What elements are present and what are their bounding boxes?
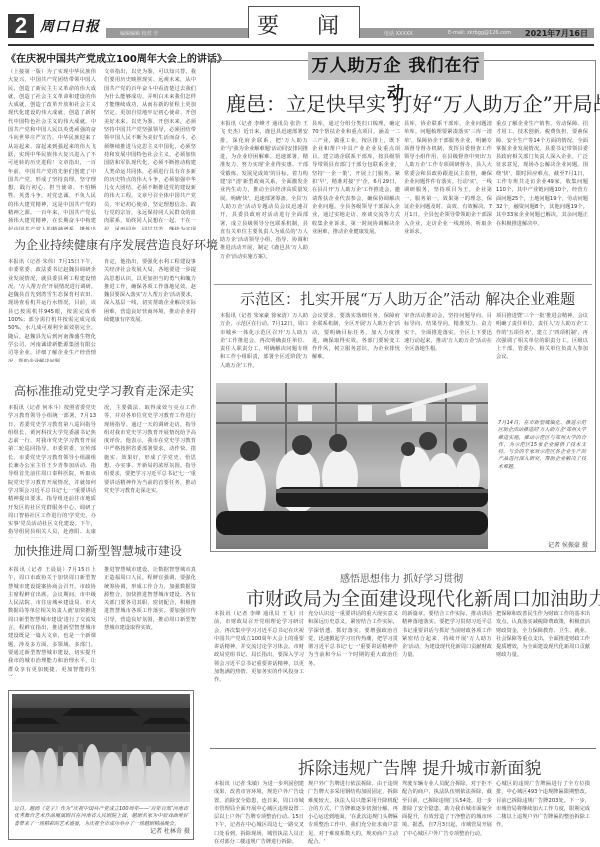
factory-visit-photo xyxy=(216,383,488,549)
article-headline: 为企业持续健康有序发展营造良好环境 xyxy=(14,236,218,253)
article-headline: 拆除违规广告牌 提升城市新面貌 xyxy=(298,754,541,779)
article-body: 充分认识这一重要讲话的重大现实意义和深远历史意义，紧密结合工作实际，学深悟透、抓… xyxy=(308,610,398,742)
article-body: 本报讯（记者 李峰 通讯员 王飞）日前，市财政局召开党组理论学习研讨会，再次集中… xyxy=(214,610,304,742)
opera-stage-photo xyxy=(12,694,190,802)
article-headline: 鹿邑：立足快早实 打好“万人助万企”开局战 xyxy=(226,88,600,117)
email: E-mail: zkrbgg@126.com xyxy=(448,30,511,36)
article-body: 县库，通过分组分类归口梳理，确定70个帮扶企业和重点项目，涵盖一二三产业，做重工… xyxy=(312,120,400,280)
article-body: 肯定，他指出，要强化水利工程建设事关经济社会发展大局，各地要进一步提高思想认识，… xyxy=(104,258,196,362)
photo-credit: 记者 侯振豪 摄 xyxy=(548,540,588,549)
photo-credit: 记者 杜林奇 摄 xyxy=(150,826,190,835)
stage-scene-icon xyxy=(12,694,190,802)
article-headline: 示范区：扎实开展“万人助万企”活动 解决企业难题 xyxy=(240,288,575,309)
article-body: 规户外广告牌进行依法拆除。由于违规广告牌大多采用钢结构加固固定，拆除难度较大，执… xyxy=(308,780,398,844)
article-body: 本报讯（记者 王晨晨）7月15日上午，周口市政协关于加快周口新型智慧城市建设提案… xyxy=(8,566,96,676)
editor-info: 编辑编辑 校对 辛 xyxy=(120,30,158,37)
section-title-char-2: 闻 xyxy=(317,9,339,40)
article-body: 把保障和改善民生作为财政工作的基本出发点，认真落实减税降费政策，积极盘活财政资金… xyxy=(496,610,590,742)
feature-banner: 万人助万企 我们在行动 xyxy=(308,52,484,80)
article-headline: 市财政局为全面建设现代化新周口加油助力 xyxy=(246,584,600,611)
article-headline: 加快推进周口新型智慧城市建设 xyxy=(14,542,182,559)
article-body: 本报讯（记者 朱家豪 徐家清）万人助万企，示范区在行动。7月12日，周口市城乡一… xyxy=(220,312,308,370)
article-body: 本报讯（记者 朱伟）7月15日下午，市委常委、政法委书记赵魏县调研企业发展情况，… xyxy=(8,258,96,362)
masthead-bar-left: 编辑编辑 校对 辛 xyxy=(106,28,248,38)
article-kicker: 感悟思想伟力 抓好学习贯彻 xyxy=(340,570,463,585)
speech-body-left: （上接第一版）为了实现中华民族伟大复兴，中国共产党团结带领中国人民，创造了新民主… xyxy=(8,68,96,230)
article-body: 重点了解企业生产销售、劳动保障、招才用工、技术创新、税费负担、要素保障、安全生产… xyxy=(496,120,588,280)
article-body: 的新篇章。要结合工作实际，推动讲话精神落地落实。要把学习贯彻习近平总书记重要讲话… xyxy=(402,610,492,742)
article-body: 县库，协企联系干部库。企业问题清单库。问题梳理要紧凑落实'三库一清单'，保障协企… xyxy=(404,120,492,280)
article-body: 况，主要做法、取得成效与亮点工作等，并对各单位党史学习教育工作进行现场指导。通过… xyxy=(104,404,196,538)
article-body: 会议要求，要落实落细任务，保障府企联系机制，全区开展'万人助万企'活动，要明确目… xyxy=(312,312,400,370)
article-body: 驾驶车辆专业人员配合拆除。对于拒不配合的商户，执法队伍则依法拆除，截至目前，已拆… xyxy=(402,780,492,844)
masthead: 2 周口日报 编辑编辑 校对 辛 要 闻 电话 XXXXX E-mail: zk… xyxy=(8,6,594,42)
section-title-box: 要 闻 xyxy=(248,6,360,38)
photo-caption: 7月14日，在市新型城镇化、推进示范区助企活动推进的'万人助万企'郑州大学推进实… xyxy=(498,420,586,526)
masthead-rule xyxy=(8,44,594,46)
article-body: 心城区的违规广告牌匾进行了全方位摸排，中心城区493个违规牌匾限期整改。目前已拆… xyxy=(496,780,590,844)
paper-name-logo: 周口日报 xyxy=(40,16,100,36)
speech-title: 《在庆祝中国共产党成立100周年大会上的讲话》 xyxy=(6,50,227,65)
article-body: 本报讯（记者 何本斗）按照省委党史学习教育领导小组统一部署，7月13日，省委党史… xyxy=(8,404,96,538)
article-body: 审查活动推动会，坚持问题导向、目标导向、结果导向，精准发力、奋力实干，全面推进落… xyxy=(404,312,492,370)
article-body: 项目推进暨'三个一批'推进会精神。会议明确了责任单位、责任人'万人助万企'工作的… xyxy=(496,312,588,370)
masthead-bar-right: 电话 XXXXX E-mail: zkrbgg@126.com 2021年7月1… xyxy=(360,28,594,38)
factory-scene-icon xyxy=(216,383,488,549)
issue-date: 2021年7月16日 xyxy=(525,28,588,39)
divider xyxy=(210,748,596,749)
speech-body-right: 文章指出，以史为鉴，可以知兴替。我们要用历史映照现实、远观未来，从中国共产党的百… xyxy=(104,68,196,230)
article-body: 推进智慧城市建设，让数据智慧城市真正造福周口人民。程鲜宜强调，要强化统筹协调，形… xyxy=(104,566,196,676)
article-headline: 高标准推动党史学习教育走深走实 xyxy=(14,382,194,399)
section-title-char-1: 要 xyxy=(257,9,279,40)
hotline: 电话 XXXXX xyxy=(384,30,413,37)
article-body: 本报讯（记者 朱敏）为进一步巩固创建成果，改善市容环境，规范户外广告设置，消除安… xyxy=(214,780,304,844)
page-number: 2 xyxy=(8,14,34,38)
article-body: 本报讯（记者 李峰才 通讯员 张浩 王飞 史杰）近日来，鹿邑县迅速部署安排，深化… xyxy=(220,120,308,280)
divider xyxy=(214,284,592,285)
